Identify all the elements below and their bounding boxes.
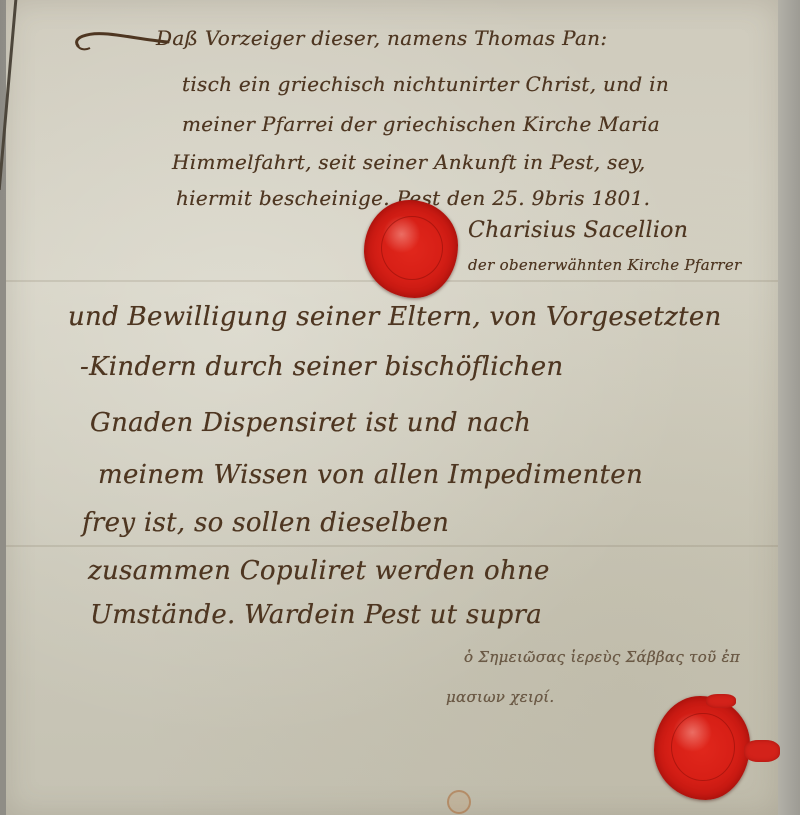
body-line-6: zusammen Copuliret werden ohne xyxy=(88,556,550,586)
header-line-4: Himmelfahrt, seit seiner Ankunft in Pest… xyxy=(172,150,646,174)
body-line-7: Umstände. Wardein Pest ut supra xyxy=(90,600,542,630)
header-line-1: Daß Vorzeiger dieser, namens Thomas Pan: xyxy=(156,26,607,50)
header-line-2: tisch ein griechisch nichtunirter Christ… xyxy=(182,72,669,96)
lower-seal-drip xyxy=(706,694,736,708)
fold-line xyxy=(6,545,778,547)
lower-wax-seal xyxy=(654,696,750,800)
header-line-3: meiner Pfarrei der griechischen Kirche M… xyxy=(182,112,660,136)
body-line-5: frey ist, so sollen dieselben xyxy=(82,508,449,538)
body-line-3: Gnaden Dispensiret ist und nach xyxy=(90,408,531,438)
body-line-4: meinem Wissen von allen Impedimenten xyxy=(98,460,643,490)
greek-note-line-1: ὁ Σημειῶσας ἱερεὺς Σάββας τοῦ ἐπ xyxy=(464,648,740,666)
document-paper: Daß Vorzeiger dieser, namens Thomas Pan:… xyxy=(6,0,778,815)
body-line-2: -Kindern durch seiner bischöflichen xyxy=(80,352,563,382)
signature-name: Charisius Sacellion xyxy=(468,218,688,243)
upper-wax-seal xyxy=(364,200,458,298)
greek-note-line-2: μασιων χειρί. xyxy=(446,688,555,706)
signature-title: der obenerwähnten Kirche Pfarrer xyxy=(468,256,742,274)
paper-stain xyxy=(447,790,471,814)
lower-seal-drip xyxy=(744,740,780,762)
body-line-1: und Bewilligung seiner Eltern, von Vorge… xyxy=(68,302,722,332)
